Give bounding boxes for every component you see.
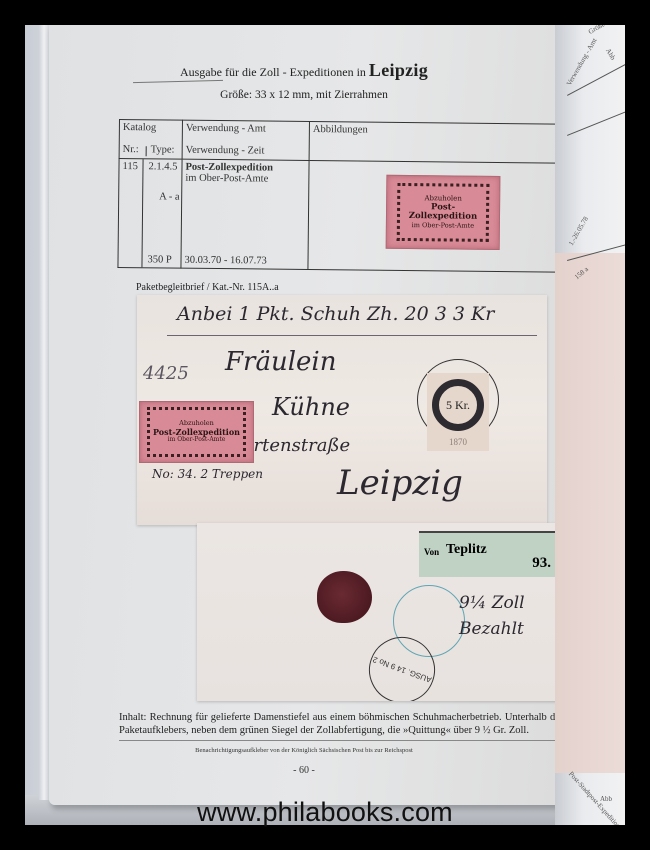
handwriting-addressee-name: Kühne xyxy=(272,393,350,421)
watermark-url: www.philabooks.com xyxy=(0,797,650,828)
book-photo: Ausgabe für die Zoll - Expeditionen in L… xyxy=(25,25,625,825)
stamp-value: 5 Kr. xyxy=(446,398,470,413)
nr-label: Nr.: xyxy=(123,144,139,155)
verwendung-zeit-label: Verwendung - Zeit xyxy=(186,145,265,157)
book-page-edges xyxy=(39,25,49,800)
handwriting-zoll: 9¼ Zoll xyxy=(459,593,525,613)
cell-verwendung: Post-Zollexpedition im Ober-Post-Amte 30… xyxy=(181,159,309,269)
abbildungen-label: Abbildungen xyxy=(313,124,368,136)
handwriting-addressee-title: Fräulein xyxy=(225,347,336,377)
table-row: 115 2.1.4.5 A - a 350 P Post-Zollexpedit… xyxy=(118,159,570,273)
page-number: - 60 - xyxy=(49,765,559,776)
table-header-row: Katalog Nr.: Type: Verwendung - Amt Verw… xyxy=(119,120,570,164)
katalog-divider xyxy=(141,159,143,267)
header-verwendung: Verwendung - Amt Verwendung - Zeit xyxy=(182,120,309,160)
page-heading: Ausgabe für die Zoll - Expeditionen in L… xyxy=(49,60,559,81)
label-image: Abzuholen Post-Zollexpedition im Ober-Po… xyxy=(386,175,501,250)
content-description: Inhalt: Rechnung für gelieferte Damensti… xyxy=(119,712,564,737)
row-nr: 115 xyxy=(122,161,137,172)
row-variant: A - a xyxy=(159,191,180,202)
cell-katalog: 115 2.1.4.5 A - a 350 P xyxy=(118,159,182,269)
header-abbildungen: Abbildungen xyxy=(309,121,570,163)
teplitz-number: 93. xyxy=(532,555,551,572)
book-page-left: Ausgabe für die Zoll - Expeditionen in L… xyxy=(49,25,559,805)
cell-abbildungen: Abzuholen Post-Zollexpedition im Ober-Po… xyxy=(308,160,570,272)
postage-stamp: 5 Kr. 1870 xyxy=(427,373,489,451)
row-zeit: 30.03.70 - 16.07.73 xyxy=(184,255,266,267)
verwendung-amt-label: Verwendung - Amt xyxy=(186,123,266,135)
catalog-table: Katalog Nr.: Type: Verwendung - Amt Verw… xyxy=(117,119,571,273)
header-katalog: Katalog Nr.: Type: xyxy=(119,120,182,160)
label-line3: im Ober-Post-Amte xyxy=(168,437,226,444)
wax-seal xyxy=(317,571,372,623)
heading-city: Leipzig xyxy=(369,60,428,80)
row-price: 350 P xyxy=(147,254,171,265)
type-label: Type: xyxy=(151,144,175,155)
heading-prefix: Ausgabe für die Zoll - Expeditionen in xyxy=(180,65,366,79)
row-type: 2.1.4.5 xyxy=(148,161,177,172)
handwriting-city: Leipzig xyxy=(337,463,463,503)
figure-caption: Paketbegleitbrief / Kat.-Nr. 115A..a xyxy=(136,282,279,293)
handwriting-house-number: No: 34. 2 Treppen xyxy=(152,467,263,481)
bottom-rule xyxy=(119,740,564,741)
right-page-document-image xyxy=(555,253,625,773)
underline xyxy=(167,335,537,336)
label-line2: Post-Zollexpedition xyxy=(400,202,486,222)
katalog-label: Katalog xyxy=(123,122,156,133)
label-line3: im Ober-Post-Amte xyxy=(412,222,475,230)
running-footer: Benachrichtigungsaufkleber von der König… xyxy=(49,747,559,754)
stamp-year: 1870 xyxy=(427,437,489,447)
postmark-text: AUSG. 14 9 No 2 xyxy=(371,655,432,685)
handwriting-number: 4425 xyxy=(143,363,189,384)
teplitz-von: Von xyxy=(424,547,439,557)
page-subheading: Größe: 33 x 12 mm, mit Zierrahmen xyxy=(49,89,559,101)
row-amt-sub: im Ober-Post-Amte xyxy=(185,173,305,185)
teplitz-label: Von Teplitz 93. xyxy=(419,531,561,577)
handwriting-line1: Anbei 1 Pkt. Schuh Zh. 20 3 3 Kr xyxy=(177,303,494,325)
teplitz-city: Teplitz xyxy=(446,542,487,558)
handwriting-bezahlt: Bezahlt xyxy=(459,619,524,639)
parcel-label: Abzuholen Post-Zollexpedition im Ober-Po… xyxy=(139,401,254,463)
envelope-back: Von Teplitz 93. AUSG. 14 9 No 2 9¼ Zoll … xyxy=(197,523,567,701)
katalog-divider xyxy=(146,146,147,156)
envelope-front: Anbei 1 Pkt. Schuh Zh. 20 3 3 Kr 4425 Fr… xyxy=(137,295,547,525)
